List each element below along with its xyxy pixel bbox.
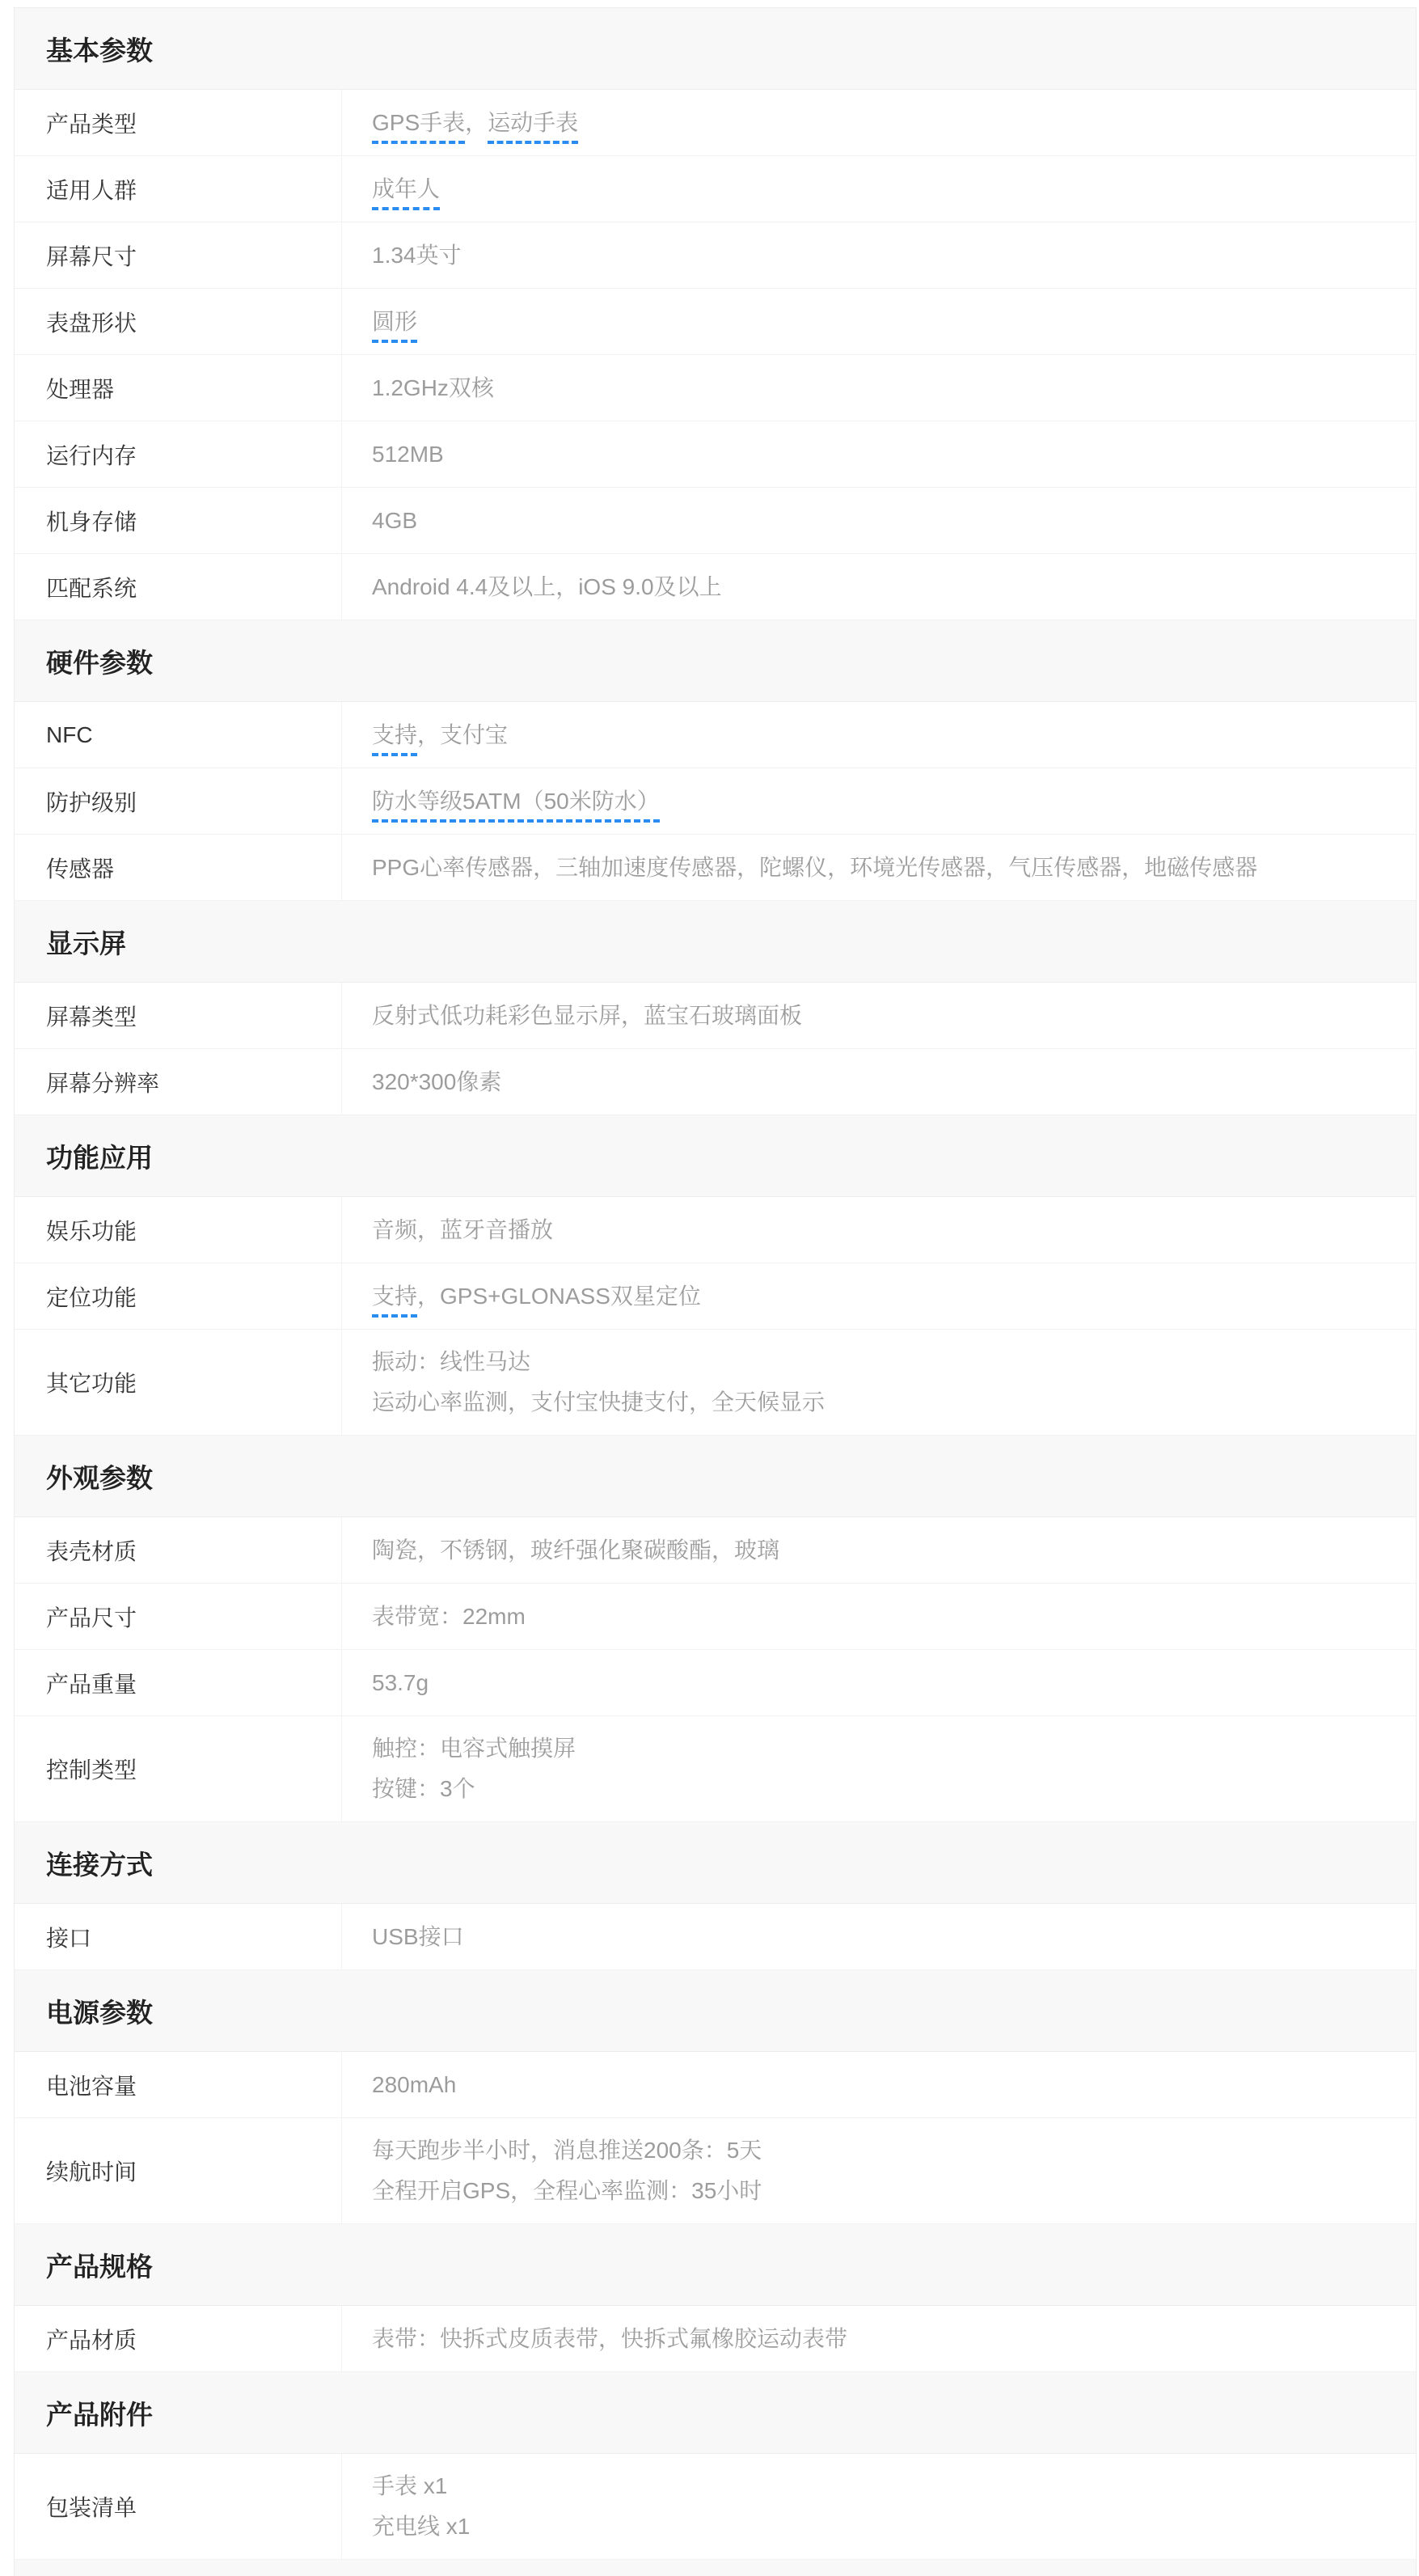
spec-row-nfc: NFC 支持，支付宝	[15, 702, 1416, 768]
spec-value-line: 充电线 x1	[372, 2506, 1392, 2547]
spec-value-cell: USB接口	[342, 1904, 1416, 1969]
spec-label: 包装清单	[46, 2490, 137, 2523]
spec-label-cell: 其它功能	[15, 1330, 342, 1435]
section-title: 显示屏	[46, 923, 126, 961]
spec-row-control-type: 控制类型 触控：电容式触摸屏 按键：3个	[15, 1716, 1416, 1822]
next-section-partial-band	[15, 2560, 1416, 2576]
spec-value-link[interactable]: 支持	[372, 722, 417, 756]
spec-value-cell: 圆形	[342, 289, 1416, 354]
spec-label: 运行内存	[46, 438, 137, 471]
spec-value-line: 音频，蓝牙音播放	[372, 1210, 1392, 1250]
spec-label-cell: 娱乐功能	[15, 1197, 342, 1263]
spec-value-text: Android 4.4及以上，iOS 9.0及以上	[372, 574, 722, 599]
spec-value-text: 触控：电容式触摸屏	[372, 1736, 576, 1761]
spec-row-dial-shape: 表盘形状 圆形	[15, 289, 1416, 355]
spec-label: 产品材质	[46, 2323, 137, 2355]
spec-value-text: 振动：线性马达	[372, 1349, 530, 1374]
spec-value-cell: Android 4.4及以上，iOS 9.0及以上	[342, 554, 1416, 620]
spec-value-link[interactable]: 成年人	[372, 176, 440, 210]
spec-value-line: 反射式低功耗彩色显示屏，蓝宝石玻璃面板	[372, 996, 1392, 1036]
section-header-power-params: 电源参数	[15, 1970, 1416, 2052]
spec-value-text: 512MB	[372, 442, 444, 467]
section-header-connectivity: 连接方式	[15, 1822, 1416, 1904]
spec-row-battery-life: 续航时间 每天跑步半小时，消息推送200条：5天 全程开启GPS，全程心率监测：…	[15, 2118, 1416, 2224]
spec-label-cell: 屏幕尺寸	[15, 222, 342, 288]
spec-row-entertainment: 娱乐功能 音频，蓝牙音播放	[15, 1197, 1416, 1263]
spec-value-cell: PPG心率传感器，三轴加速度传感器，陀螺仪，环境光传感器，气压传感器，地磁传感器	[342, 835, 1416, 900]
product-spec-table: 基本参数 产品类型 GPS手表，运动手表 适用人群 成年人 屏幕尺寸 1.34英…	[14, 7, 1417, 2576]
spec-value-link[interactable]: 防水等级5ATM（50米防水）	[372, 789, 660, 823]
spec-label: 电池容量	[46, 2069, 137, 2101]
spec-value-text: 运动心率监测，支付宝快捷支付，全天候显示	[372, 1390, 825, 1415]
spec-value-line: USB接口	[372, 1917, 1392, 1957]
spec-row-positioning: 定位功能 支持，GPS+GLONASS双星定位	[15, 1263, 1416, 1330]
spec-value-line: 成年人	[372, 169, 1392, 209]
spec-value-cell: 每天跑步半小时，消息推送200条：5天 全程开启GPS，全程心率监测：35小时	[342, 2118, 1416, 2223]
spec-value-link[interactable]: GPS手表	[372, 110, 465, 144]
spec-label: 产品类型	[46, 107, 137, 139]
spec-value-cell: 1.34英寸	[342, 222, 1416, 288]
spec-row-processor: 处理器 1.2GHz双核	[15, 355, 1416, 421]
spec-value-line: 4GB	[372, 501, 1392, 541]
spec-value-line: 手表 x1	[372, 2466, 1392, 2506]
spec-value-cell: 反射式低功耗彩色显示屏，蓝宝石玻璃面板	[342, 983, 1416, 1048]
spec-value-link[interactable]: 运动手表	[488, 110, 578, 144]
spec-label-cell: 续航时间	[15, 2118, 342, 2223]
spec-label: 产品尺寸	[46, 1601, 137, 1633]
spec-label: 屏幕尺寸	[46, 239, 137, 272]
spec-label: 续航时间	[46, 2155, 137, 2187]
spec-value-text: 按键：3个	[372, 1776, 475, 1801]
spec-row-other-functions: 其它功能 振动：线性马达 运动心率监测，支付宝快捷支付，全天候显示	[15, 1330, 1416, 1436]
spec-value-text: 每天跑步半小时，消息推送200条：5天	[372, 2138, 762, 2163]
spec-label: 表盘形状	[46, 306, 137, 338]
spec-row-case-material: 表壳材质 陶瓷，不锈钢，玻纤强化聚碳酸酯，玻璃	[15, 1517, 1416, 1584]
spec-value-cell: 表带宽：22mm	[342, 1584, 1416, 1649]
spec-row-screen-size: 屏幕尺寸 1.34英寸	[15, 222, 1416, 289]
spec-row-screen-type: 屏幕类型 反射式低功耗彩色显示屏，蓝宝石玻璃面板	[15, 983, 1416, 1049]
spec-label: 处理器	[46, 372, 114, 404]
spec-label-cell: 屏幕类型	[15, 983, 342, 1048]
spec-value-cell: 成年人	[342, 156, 1416, 222]
spec-value-cell: 防水等级5ATM（50米防水）	[342, 768, 1416, 834]
spec-label-cell: 包装清单	[15, 2454, 342, 2559]
spec-value-line: 每天跑步半小时，消息推送200条：5天	[372, 2130, 1392, 2171]
spec-value-line: 1.2GHz双核	[372, 368, 1392, 408]
spec-row-sensors: 传感器 PPG心率传感器，三轴加速度传感器，陀螺仪，环境光传感器，气压传感器，地…	[15, 835, 1416, 901]
spec-value-line: 表带：快拆式皮质表带，快拆式氟橡胶运动表带	[372, 2319, 1392, 2359]
section-title: 产品规格	[46, 2246, 153, 2284]
spec-value-line: PPG心率传感器，三轴加速度传感器，陀螺仪，环境光传感器，气压传感器，地磁传感器	[372, 848, 1392, 888]
section-title: 硬件参数	[46, 642, 153, 680]
spec-value-line: 防水等级5ATM（50米防水）	[372, 781, 1392, 822]
spec-label: 定位功能	[46, 1280, 137, 1313]
spec-value-cell: 512MB	[342, 421, 1416, 487]
spec-value-cell: 音频，蓝牙音播放	[342, 1197, 1416, 1263]
spec-value-text: 充电线 x1	[372, 2514, 470, 2539]
spec-label: 产品重量	[46, 1667, 137, 1699]
spec-label-cell: 匹配系统	[15, 554, 342, 620]
spec-value-cell: GPS手表，运动手表	[342, 90, 1416, 155]
spec-value-link[interactable]: 圆形	[372, 309, 417, 343]
spec-value-text: 53.7g	[372, 1670, 429, 1695]
spec-label: 屏幕分辨率	[46, 1066, 159, 1098]
spec-value-line: 支持，GPS+GLONASS双星定位	[372, 1276, 1392, 1317]
spec-label: 防护级别	[46, 785, 137, 818]
spec-label-cell: 表壳材质	[15, 1517, 342, 1583]
section-title: 基本参数	[46, 30, 153, 68]
spec-label-cell: 接口	[15, 1904, 342, 1969]
spec-label-cell: 适用人群	[15, 156, 342, 222]
spec-row-ram: 运行内存 512MB	[15, 421, 1416, 488]
spec-value-link[interactable]: 支持	[372, 1284, 417, 1318]
spec-row-screen-resolution: 屏幕分辨率 320*300像素	[15, 1049, 1416, 1115]
spec-value-text: 反射式低功耗彩色显示屏，蓝宝石玻璃面板	[372, 1003, 802, 1028]
spec-value-line: 1.34英寸	[372, 235, 1392, 276]
section-title: 电源参数	[46, 1992, 153, 2030]
spec-value-text: 1.34英寸	[372, 243, 462, 268]
spec-label-cell: 产品类型	[15, 90, 342, 155]
spec-value-text: 陶瓷，不锈钢，玻纤强化聚碳酸酯，玻璃	[372, 1538, 779, 1563]
spec-value-text: 320*300像素	[372, 1069, 501, 1094]
spec-row-product-size: 产品尺寸 表带宽：22mm	[15, 1584, 1416, 1650]
spec-value-text: ，支付宝	[417, 722, 508, 747]
spec-row-interface: 接口 USB接口	[15, 1904, 1416, 1970]
spec-value-text: 表带宽：22mm	[372, 1604, 526, 1629]
spec-value-line: Android 4.4及以上，iOS 9.0及以上	[372, 567, 1392, 607]
spec-row-product-material: 产品材质 表带：快拆式皮质表带，快拆式氟橡胶运动表带	[15, 2306, 1416, 2372]
spec-value-text: USB接口	[372, 1924, 464, 1949]
spec-value-line: 振动：线性马达	[372, 1342, 1392, 1382]
spec-value-line: 280mAh	[372, 2065, 1392, 2105]
spec-label: 适用人群	[46, 173, 137, 205]
section-title: 连接方式	[46, 1844, 153, 1882]
spec-label-cell: 屏幕分辨率	[15, 1049, 342, 1115]
spec-value-text: PPG心率传感器，三轴加速度传感器，陀螺仪，环境光传感器，气压传感器，地磁传感器	[372, 855, 1257, 880]
spec-row-compatible-os: 匹配系统 Android 4.4及以上，iOS 9.0及以上	[15, 554, 1416, 620]
spec-label-cell: 产品重量	[15, 1650, 342, 1715]
spec-value-line: 圆形	[372, 302, 1392, 342]
spec-row-product-type: 产品类型 GPS手表，运动手表	[15, 90, 1416, 156]
spec-label: 匹配系统	[46, 571, 137, 603]
section-header-basic-params: 基本参数	[15, 8, 1416, 90]
spec-value-cell: 4GB	[342, 488, 1416, 553]
spec-value-text: ，	[465, 110, 488, 135]
spec-row-product-weight: 产品重量 53.7g	[15, 1650, 1416, 1716]
spec-label: 传感器	[46, 852, 114, 884]
spec-label: 屏幕类型	[46, 1000, 137, 1032]
section-header-functions: 功能应用	[15, 1115, 1416, 1197]
spec-value-line: 320*300像素	[372, 1062, 1392, 1102]
spec-value-cell: 触控：电容式触摸屏 按键：3个	[342, 1716, 1416, 1821]
spec-value-line: 53.7g	[372, 1663, 1392, 1703]
spec-value-cell: 支持，GPS+GLONASS双星定位	[342, 1263, 1416, 1329]
spec-value-line: 运动心率监测，支付宝快捷支付，全天候显示	[372, 1382, 1392, 1423]
spec-value-line: GPS手表，运动手表	[372, 103, 1392, 143]
spec-label: 机身存储	[46, 505, 137, 537]
spec-label-cell: 电池容量	[15, 2052, 342, 2117]
spec-label: 表壳材质	[46, 1534, 137, 1567]
spec-label: 控制类型	[46, 1753, 137, 1785]
spec-label-cell: 定位功能	[15, 1263, 342, 1329]
section-title: 功能应用	[46, 1137, 153, 1175]
spec-value-cell: 280mAh	[342, 2052, 1416, 2117]
spec-label-cell: 运行内存	[15, 421, 342, 487]
spec-label-cell: 产品材质	[15, 2306, 342, 2371]
spec-value-cell: 手表 x1 充电线 x1	[342, 2454, 1416, 2559]
spec-row-package-list: 包装清单 手表 x1 充电线 x1	[15, 2454, 1416, 2560]
spec-value-cell: 支持，支付宝	[342, 702, 1416, 768]
section-header-product-spec: 产品规格	[15, 2224, 1416, 2306]
spec-value-line: 512MB	[372, 434, 1392, 475]
spec-label-cell: 处理器	[15, 355, 342, 421]
section-header-hardware-params: 硬件参数	[15, 620, 1416, 702]
spec-value-cell: 320*300像素	[342, 1049, 1416, 1115]
spec-label-cell: 机身存储	[15, 488, 342, 553]
spec-label-cell: 产品尺寸	[15, 1584, 342, 1649]
section-header-accessories: 产品附件	[15, 2372, 1416, 2454]
spec-row-storage: 机身存储 4GB	[15, 488, 1416, 554]
spec-label: 娱乐功能	[46, 1214, 137, 1246]
spec-value-text: 280mAh	[372, 2072, 456, 2097]
spec-value-cell: 陶瓷，不锈钢，玻纤强化聚碳酸酯，玻璃	[342, 1517, 1416, 1583]
spec-value-text: 手表 x1	[372, 2473, 447, 2498]
spec-row-target-users: 适用人群 成年人	[15, 156, 1416, 222]
spec-value-line: 陶瓷，不锈钢，玻纤强化聚碳酸酯，玻璃	[372, 1530, 1392, 1571]
spec-label: NFC	[46, 722, 93, 748]
section-header-display: 显示屏	[15, 901, 1416, 983]
spec-value-line: 表带宽：22mm	[372, 1597, 1392, 1637]
spec-label-cell: 控制类型	[15, 1716, 342, 1821]
spec-value-text: ，GPS+GLONASS双星定位	[417, 1284, 701, 1309]
spec-value-line: 触控：电容式触摸屏	[372, 1728, 1392, 1769]
spec-value-text: 4GB	[372, 508, 417, 533]
spec-value-cell: 表带：快拆式皮质表带，快拆式氟橡胶运动表带	[342, 2306, 1416, 2371]
section-title: 产品附件	[46, 2394, 153, 2432]
spec-value-text: 全程开启GPS，全程心率监测：35小时	[372, 2178, 762, 2203]
spec-value-line: 全程开启GPS，全程心率监测：35小时	[372, 2171, 1392, 2211]
spec-label: 其它功能	[46, 1366, 137, 1398]
spec-value-line: 支持，支付宝	[372, 715, 1392, 755]
spec-row-protection-level: 防护级别 防水等级5ATM（50米防水）	[15, 768, 1416, 835]
spec-label-cell: 表盘形状	[15, 289, 342, 354]
spec-value-cell: 1.2GHz双核	[342, 355, 1416, 421]
spec-value-text: 音频，蓝牙音播放	[372, 1217, 553, 1242]
spec-label-cell: NFC	[15, 702, 342, 768]
section-header-appearance: 外观参数	[15, 1436, 1416, 1517]
spec-value-text: 表带：快拆式皮质表带，快拆式氟橡胶运动表带	[372, 2326, 847, 2351]
spec-label-cell: 传感器	[15, 835, 342, 900]
spec-value-cell: 53.7g	[342, 1650, 1416, 1715]
spec-label: 接口	[46, 1921, 91, 1953]
spec-value-cell: 振动：线性马达 运动心率监测，支付宝快捷支付，全天候显示	[342, 1330, 1416, 1435]
spec-value-line: 按键：3个	[372, 1769, 1392, 1809]
spec-label-cell: 防护级别	[15, 768, 342, 834]
section-title: 外观参数	[46, 1457, 153, 1495]
spec-row-battery-capacity: 电池容量 280mAh	[15, 2052, 1416, 2118]
spec-value-text: 1.2GHz双核	[372, 375, 494, 400]
